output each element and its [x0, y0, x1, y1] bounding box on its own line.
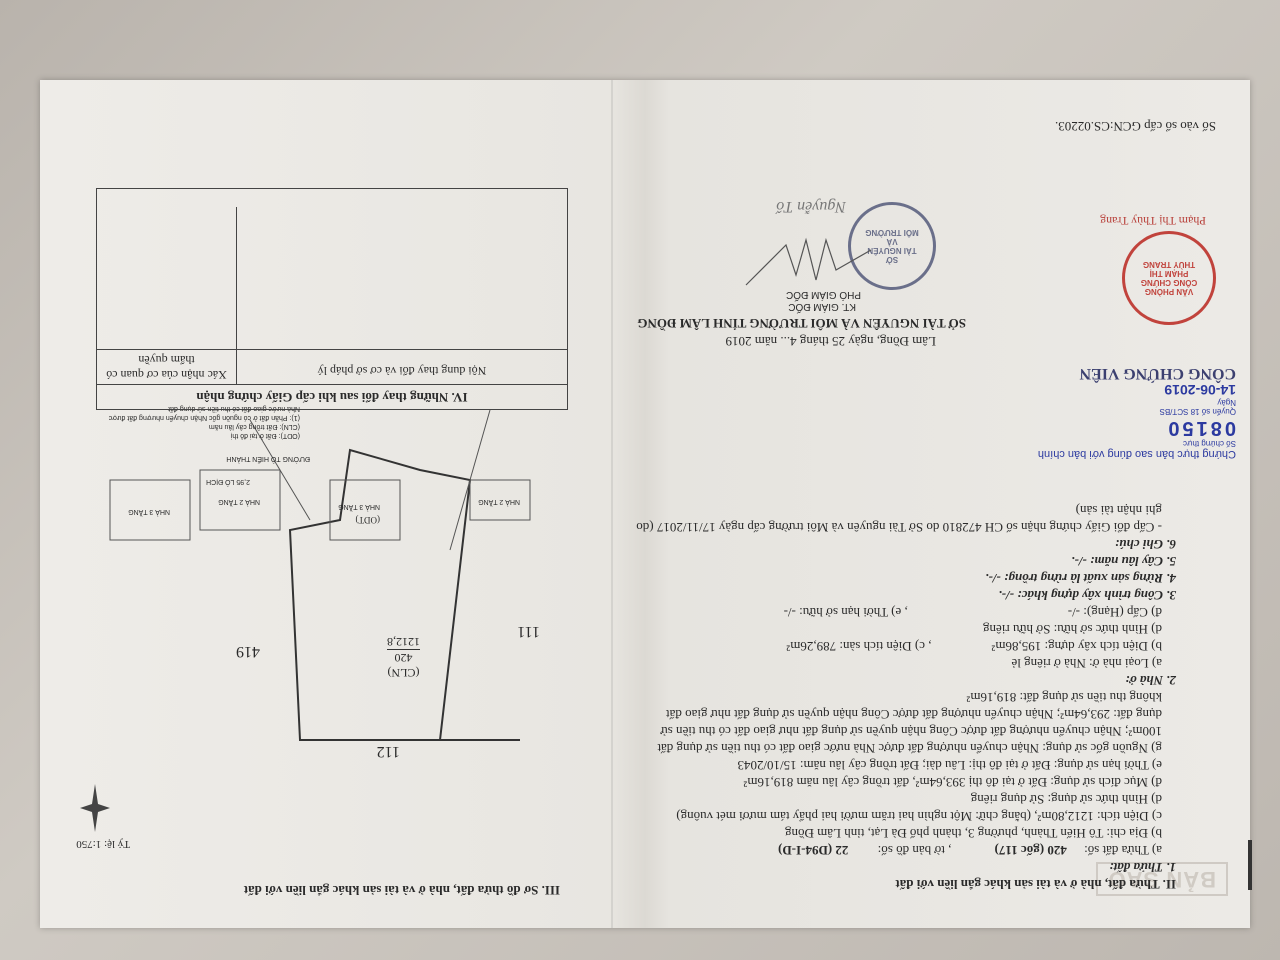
- usage-form: d) Hình thức sử dụng: Sử dụng riêng: [636, 791, 1176, 808]
- notary-certification: Chứng thực bản sao đúng với bản chính: [976, 448, 1236, 460]
- signer-name: Nguyễn Tố: [776, 197, 846, 215]
- lane-label: 2,95 LÔ ĐỊCH: [206, 478, 250, 485]
- note-text: - Cấp đổi Giấy chứng nhận số CH 472810 d…: [636, 502, 1176, 536]
- col-authority-confirmation: Xác nhận của cơ quan có thẩm quyền: [97, 350, 236, 384]
- house-grade: đ) Cấp (Hạng): -/-, e) Thời hạn sở hữu: …: [636, 604, 1176, 621]
- usage-origin: g) Nguồn gốc sử dụng: Nhận chuyển nhượng…: [636, 689, 1176, 757]
- usage-purpose: đ) Mục đích sử dụng: Đất ở tại đô thị 39…: [636, 774, 1176, 791]
- signature-scribble: [736, 230, 876, 290]
- map-scale: Tỷ lệ: 1:750: [76, 838, 130, 850]
- building-label: NHÀ 2 TẦNG: [218, 498, 260, 505]
- house-type-label: (ODT): [356, 515, 381, 525]
- perennial-trees: 5. Cây lâu năm: -/-.: [636, 553, 1176, 570]
- land-heading: 1. Thửa đất:: [636, 859, 1176, 876]
- page-section-ii: BẢN SAO II. Thửa đất, nhà ở và tài sản k…: [626, 90, 1236, 910]
- kt-label: KT. GIÁM ĐỐC: [788, 301, 856, 312]
- changes-table-body: [97, 207, 567, 349]
- neighbor-419: 419: [236, 642, 260, 660]
- parcel-number: a) Thửa đất số: 420 (gốc 117) , tờ bản đ…: [636, 842, 1176, 859]
- registry-number: Số vào sổ cấp GCN:CS.02203.: [1055, 118, 1216, 135]
- notary-date: 14-06-2019: [976, 382, 1236, 398]
- north-arrow-icon: [80, 782, 110, 832]
- notary-date-label: Ngày: [976, 398, 1236, 407]
- notary-title: CÔNG CHỨNG VIÊN: [976, 364, 1236, 382]
- other-constructions: 3. Công trình xây dựng khác: -/-.: [636, 587, 1176, 604]
- road-label: ĐƯỜNG TÔ HIẾN THÀNH: [226, 455, 310, 462]
- building-label: NHÀ 3 TẦNG: [338, 503, 380, 510]
- building-label: NHÀ 2 TẦNG: [478, 498, 520, 505]
- changes-table: IV. Những thay đổi sau khi cấp Giấy chứn…: [96, 188, 568, 410]
- section-iii-title: III. Sơ đồ thửa đất, nhà ở và tài sản kh…: [244, 882, 560, 898]
- signature-block: Lâm Đồng, ngày 25 tháng 4... năm 2019 SỞ…: [636, 110, 1236, 350]
- section-iv-title: IV. Những thay đổi sau khi cấp Giấy chứn…: [97, 384, 567, 409]
- page-section-iii-iv: III. Sơ đồ thửa đất, nhà ở và tài sản kh…: [50, 90, 590, 910]
- certificate-sheet: BẢN SAO II. Thửa đất, nhà ở và tài sản k…: [40, 80, 1250, 928]
- issue-date: Lâm Đồng, ngày 25 tháng 4... năm 2019: [726, 333, 937, 350]
- deputy-director-label: PHÓ GIÁM ĐỐC: [786, 289, 861, 300]
- house-area: b) Diện tích xây dựng: 195,86m², c) Diện…: [636, 638, 1176, 655]
- parcel-map: (CLN) 420 1212,8 (ODT) 419 111 112 ĐƯỜNG…: [30, 400, 550, 780]
- planted-forest: 4. Rừng sản xuất là rừng trồng: -/-.: [636, 570, 1176, 587]
- margin-bar: [1248, 840, 1252, 890]
- page-fold: [611, 80, 613, 928]
- parcel-label: (CLN) 420 1212,8: [387, 634, 420, 680]
- notary-no-label: Số chứng thực: [976, 439, 1236, 448]
- rotated-photo: BẢN SAO II. Thửa đất, nhà ở và tài sản k…: [0, 0, 1280, 960]
- usage-term: e) Thời hạn sử dụng: Đất ở tại đô thị: L…: [636, 757, 1176, 774]
- house-heading: 2. Nhà ở:: [636, 672, 1176, 689]
- address: b) Địa chỉ: Tô Hiến Thành, phường 3, thà…: [636, 825, 1176, 842]
- neighbor-111: 111: [517, 622, 540, 640]
- building-label: NHÀ 3 TẦNG: [128, 508, 170, 515]
- notary-number: 08150: [976, 416, 1236, 439]
- notes-heading: 6. Ghi chú:: [636, 536, 1176, 553]
- area: c) Diện tích: 1212,80m², (bằng chữ: Một …: [636, 808, 1176, 825]
- col-change-content: Nội dung thay đổi và cơ sở pháp lý: [236, 350, 567, 384]
- neighbor-112: 112: [377, 742, 400, 760]
- issuing-authority: SỞ TÀI NGUYÊN VÀ MÔI TRƯỜNG TỈNH LÂM ĐỒN…: [637, 315, 966, 332]
- notary-book: Quyển số 18 SCT/BS: [976, 407, 1236, 416]
- section-ii-title: II. Thửa đất, nhà ở và tài sản khác gắn …: [636, 876, 1176, 892]
- house-type: a) Loại nhà ở: Nhà ở riêng lẻ: [636, 655, 1176, 672]
- house-ownership: d) Hình thức sở hữu: Sở hữu riêng: [636, 621, 1176, 638]
